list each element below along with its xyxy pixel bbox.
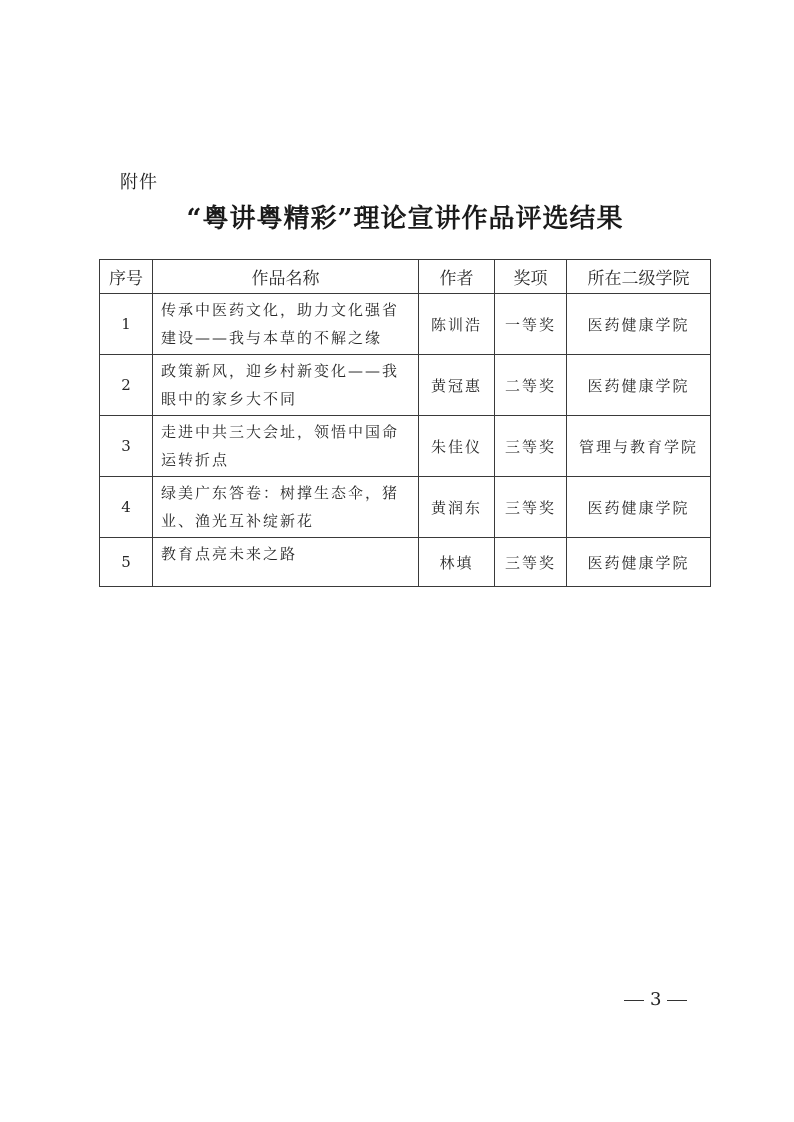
title-line: 传承中医药文化，助力文化强省 [161,296,414,324]
title-line: 业、渔光互补绽新花 [161,507,414,535]
title-line: 绿美广东答卷：树撑生态伞，猪 [161,479,414,507]
cell-author: 陈训浩 [419,294,495,355]
header-title: 作品名称 [153,260,419,294]
attachment-label: 附件 [120,168,158,194]
header-no: 序号 [100,260,153,294]
results-table: 序号 作品名称 作者 奖项 所在二级学院 1 传承中医药文化，助力文化强省建设—… [99,259,711,587]
cell-title: 绿美广东答卷：树撑生态伞，猪业、渔光互补绽新花 [153,477,419,538]
table-row: 5 教育点亮未来之路 林填 三等奖 医药健康学院 [100,538,711,587]
cell-college: 医药健康学院 [567,477,711,538]
cell-no: 4 [100,477,153,538]
cell-author: 林填 [419,538,495,587]
cell-no: 5 [100,538,153,587]
cell-author: 黄冠惠 [419,355,495,416]
cell-author: 黄润东 [419,477,495,538]
dash-right [667,1000,687,1001]
table-row: 2 政策新风，迎乡村新变化——我眼中的家乡大不同 黄冠惠 二等奖 医药健康学院 [100,355,711,416]
cell-award: 二等奖 [495,355,567,416]
title-line: 建设——我与本草的不解之缘 [161,324,414,352]
table-row: 4 绿美广东答卷：树撑生态伞，猪业、渔光互补绽新花 黄润东 三等奖 医药健康学院 [100,477,711,538]
page-number: 3 [618,989,693,1010]
cell-no: 2 [100,355,153,416]
title-line: 走进中共三大会址，领悟中国命 [161,418,414,446]
title-line: 教育点亮未来之路 [161,540,414,568]
cell-college: 医药健康学院 [567,294,711,355]
table-header-row: 序号 作品名称 作者 奖项 所在二级学院 [100,260,711,294]
cell-title: 政策新风，迎乡村新变化——我眼中的家乡大不同 [153,355,419,416]
cell-award: 三等奖 [495,477,567,538]
cell-college: 管理与教育学院 [567,416,711,477]
cell-author: 朱佳仪 [419,416,495,477]
cell-no: 1 [100,294,153,355]
title-line: 政策新风，迎乡村新变化——我 [161,357,414,385]
header-award: 奖项 [495,260,567,294]
cell-award: 三等奖 [495,538,567,587]
cell-college: 医药健康学院 [567,538,711,587]
cell-award: 一等奖 [495,294,567,355]
cell-college: 医药健康学院 [567,355,711,416]
page-number-value: 3 [650,989,661,1010]
cell-title: 教育点亮未来之路 [153,538,419,587]
title-line: 运转折点 [161,446,414,474]
table-row: 3 走进中共三大会址，领悟中国命运转折点 朱佳仪 三等奖 管理与教育学院 [100,416,711,477]
table-row: 1 传承中医药文化，助力文化强省建设——我与本草的不解之缘 陈训浩 一等奖 医药… [100,294,711,355]
cell-no: 3 [100,416,153,477]
document-title: “粤讲粤精彩”理论宣讲作品评选结果 [0,198,794,235]
header-college: 所在二级学院 [567,260,711,294]
cell-award: 三等奖 [495,416,567,477]
dash-left [624,1000,644,1001]
title-line: 眼中的家乡大不同 [161,385,414,413]
cell-title: 走进中共三大会址，领悟中国命运转折点 [153,416,419,477]
cell-title: 传承中医药文化，助力文化强省建设——我与本草的不解之缘 [153,294,419,355]
header-author: 作者 [419,260,495,294]
